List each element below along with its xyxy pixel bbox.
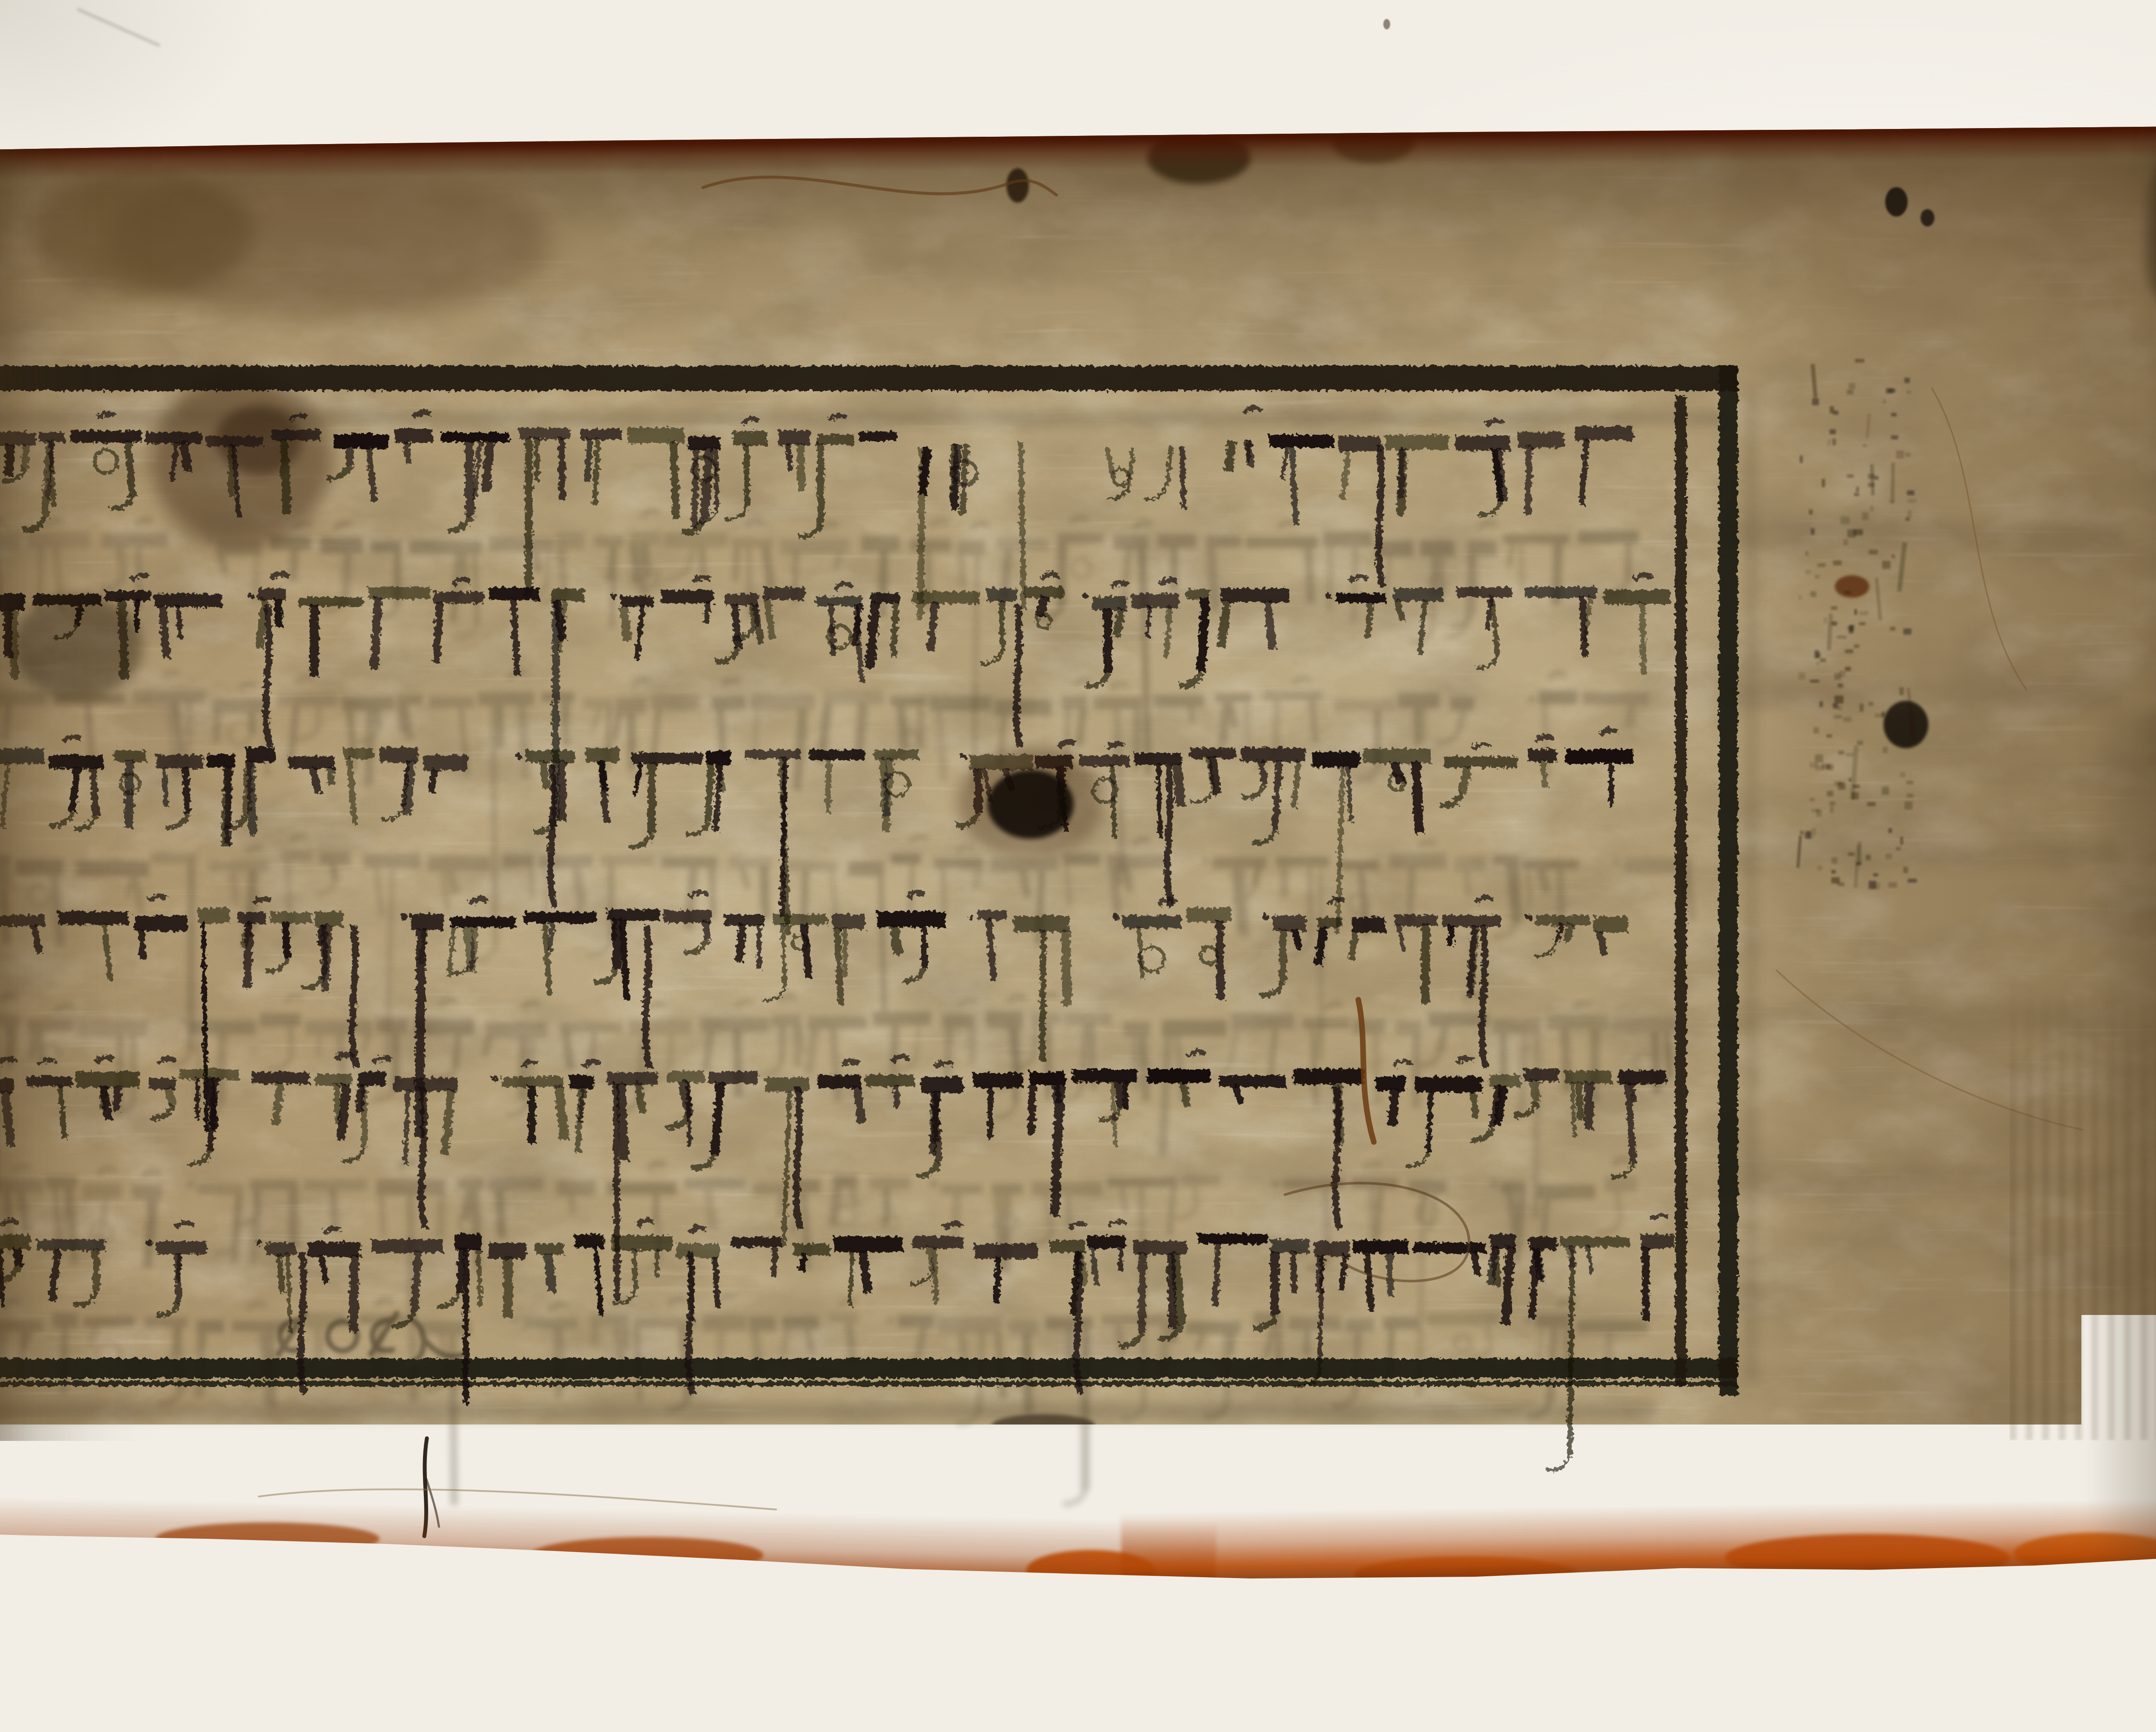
fiber-top <box>703 177 1056 195</box>
right-margin-streaks <box>2009 983 2156 1440</box>
backdrop-speck <box>1383 19 1390 29</box>
photo-backdrop <box>0 0 2156 1732</box>
manuscript-leaf <box>0 0 2156 1732</box>
backdrop-scratch <box>77 8 161 47</box>
ink-transfer-speckles <box>1796 359 1917 889</box>
bottom-right-ink-streaks <box>1690 1393 2156 1574</box>
ghost-line-6 <box>0 1296 1648 1505</box>
text-line-4 <box>0 892 1628 1137</box>
text-line-3 <box>0 730 1633 935</box>
